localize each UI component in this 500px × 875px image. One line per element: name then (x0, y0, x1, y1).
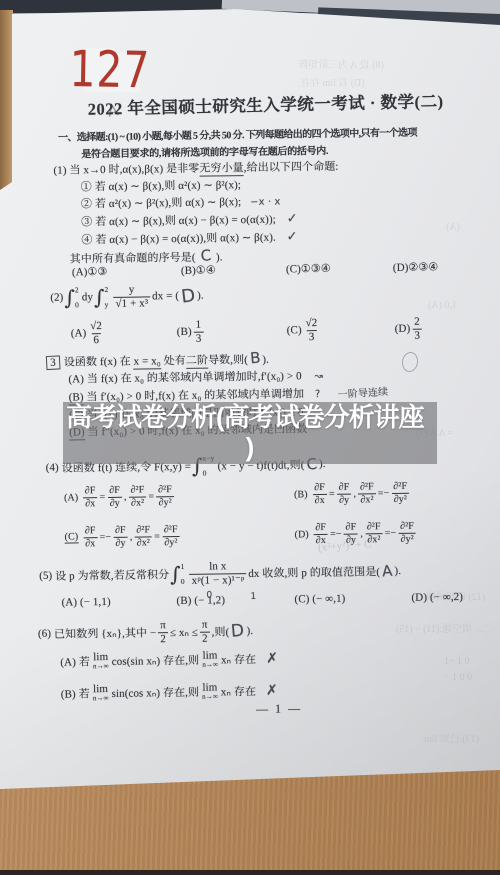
limit: limn→∞ (202, 650, 218, 668)
q2-post: dx = ( (152, 290, 179, 302)
fraction-num: 2 (412, 316, 422, 329)
check-mark: ✓ (287, 211, 298, 226)
fraction: ∂F∂y (107, 485, 122, 509)
q3-option-a-text: (A) 当 f(x) 在 x₀ 的某邻域内单调增加时,f′(x₀) > 0 (68, 370, 301, 385)
q5-stem-a: 设 p 为常数,若反常积分 (55, 566, 169, 584)
fraction-den: 3 (307, 330, 317, 344)
fraction: ∂²F∂x² (358, 481, 376, 505)
equals: = (99, 492, 105, 503)
handwritten-answer-q1: C (200, 246, 212, 265)
q6-option-a: (A) 若 limn→∞ cos(sin xₙ) 存在,则 limn→∞ xₙ … (60, 650, 278, 671)
fraction-num: π (200, 619, 210, 632)
fraction-num: ∂²F (358, 481, 376, 493)
fraction: ∂F∂y (337, 482, 352, 506)
fraction-den: ∂y² (156, 496, 173, 509)
option-label: (B) (294, 489, 308, 500)
sign: − (105, 531, 111, 542)
q1-stem-a: (1) 当 x→0 时,α(x),β(x) 是非零 (53, 163, 199, 177)
fraction: 13 (194, 319, 204, 345)
q5-option-c: (C) (− ∞,1) (294, 593, 345, 606)
handwritten-answer-q3: B (249, 349, 261, 368)
fraction-den: ∂y² (398, 532, 415, 545)
q2-dy: dy (82, 291, 93, 303)
q3-stem-a: 设函数 f(x) 在 (64, 356, 134, 369)
q1-option-d: (D)②③④ (393, 260, 439, 274)
fraction: ∂F∂x (83, 525, 98, 549)
integral-lower: 0 (203, 468, 215, 477)
fraction-den: ∂x² (358, 493, 375, 506)
q1-close-a: 其中所有真命题的序号是( (70, 252, 196, 266)
fraction-den: 2 (158, 632, 168, 646)
option-label: (D) (295, 529, 309, 540)
watermark-text-line1: 高考试卷分析(高考试卷分析讲座 (63, 402, 437, 432)
q1-item2-text: ② 若 α²(x) ∼ β²(x),则 α(x) ∼ β(x); (81, 196, 241, 210)
integral-upper: 2 (75, 286, 79, 295)
equals: = (148, 491, 154, 502)
q4-option-d: (D) ∂F∂x = − ∂F∂y , ∂²F∂x² = − ∂²F∂y² (294, 521, 418, 547)
fraction-den: ∂y (337, 493, 351, 506)
fraction-num: π (158, 619, 168, 632)
integral-sign: ∫ (64, 288, 75, 308)
fraction: ∂²F∂y² (398, 521, 416, 545)
fraction: √26 (88, 320, 104, 346)
fraction-num: ∂²F (156, 484, 174, 496)
comma: , (353, 488, 356, 499)
q4-label: (4) (46, 462, 59, 474)
sign: − (384, 488, 390, 499)
q4-option-b: (B) ∂F∂x = ∂F∂y , ∂²F∂x² = − ∂²F∂y² (294, 481, 411, 507)
q1-option-b: (B)①④ (181, 263, 216, 276)
fraction-den: ∂y (108, 496, 122, 509)
fraction-num: ∂²F (365, 521, 383, 533)
integral: ∫2y (94, 285, 111, 309)
q6-b2: sin(cos xₙ) 存在,则 (111, 684, 199, 701)
q6-a2: cos(sin xₙ) 存在,则 (112, 652, 200, 669)
lim-sub: n→∞ (202, 661, 218, 668)
fraction: ∂²F∂y² (156, 484, 174, 508)
watermark-banner: 高考试卷分析(高考试卷分析讲座 ) (63, 402, 437, 464)
pencil-note: 一阶导连续 (337, 383, 388, 401)
handwritten-page-index: 127 (69, 40, 151, 99)
q2-option-d: (D) 23 (395, 316, 425, 343)
fraction-num: ∂F (83, 485, 98, 497)
fraction-num: ∂F (107, 485, 122, 497)
limit: limn→∞ (93, 684, 109, 702)
q3-stem: 3设函数 f(x) 在 x = x₀ 处有二阶导数,则(B). (46, 349, 269, 370)
integral-lower: y (105, 300, 109, 309)
section-intro-line1: 一、选择题:(1) ~ (10) 小题,每小题 5 分,共 50 分. 下列每题… (58, 124, 417, 144)
integral: ∫10 (170, 562, 187, 586)
cross-mark: ✗ (266, 683, 278, 699)
integral-lower: 0 (181, 577, 185, 586)
q1-item4-text: ④ 若 α(x) − β(x) = o(α(x)),则 α(x) ∼ β(x). (81, 232, 275, 247)
option-label: (D) (395, 323, 411, 335)
fraction-num: ∂F (337, 482, 352, 494)
q1-stem-underlined: 无穷小量 (199, 162, 244, 176)
limit: limn→∞ (93, 652, 109, 670)
comma: , (130, 531, 133, 542)
page-number: — 1 — (256, 701, 302, 717)
q3-stem-c: 导数,则( (208, 354, 248, 367)
fraction-den: 2 (200, 631, 210, 645)
fraction-num: ∂F (312, 482, 327, 494)
q1-close-b: ). (216, 251, 223, 263)
cross-mark: ✗ (266, 651, 278, 667)
fraction-den: 6 (91, 333, 101, 347)
q2-option-c: (C) √23 (287, 317, 322, 344)
handwritten-answer-q6: D (231, 621, 246, 642)
fraction-den: ∂y (344, 533, 358, 546)
option-label: (A) (71, 327, 87, 339)
fraction-num: √2 (304, 317, 320, 330)
equals: = (329, 488, 335, 499)
comma: , (124, 491, 127, 502)
fraction-num: ∂F (313, 522, 328, 534)
fraction-num: ∂²F (398, 521, 416, 533)
option-label: (C) (65, 531, 79, 544)
watermark-text-line2: ) (63, 433, 437, 461)
fraction: ∂F∂x (312, 482, 327, 506)
fraction-den: 3 (194, 331, 204, 345)
q2-label: (2) (50, 292, 63, 304)
fraction: ∂F∂x (313, 522, 328, 546)
fraction-num: 1 (194, 319, 204, 332)
q1-item3-text: ③ 若 α(x) ∼ β(x),则 α(x) − β(x) = o(α(x)); (81, 214, 276, 229)
equals: = (154, 531, 160, 542)
fraction: π2 (158, 619, 168, 645)
fraction-den: ∂x² (135, 536, 152, 549)
q2-close: ). (197, 290, 204, 302)
fraction-den: ∂x (314, 533, 328, 546)
fraction-den: √1 + x³ (113, 296, 150, 310)
fraction-den: 3 (412, 328, 422, 342)
q6-option-b: (B) 若 limn→∞ sin(cos xₙ) 存在,则 limn→∞ xₙ … (61, 682, 278, 703)
fraction: ln xxᵖ(1 − x)¹⁻ᵖ (189, 560, 246, 587)
q6-b3: xₙ 存在 (221, 683, 256, 699)
option-label: (A) (64, 492, 78, 503)
q1-item2: ② 若 α²(x) ∼ β²(x),则 α(x) ∼ β(x); −x · x (81, 193, 281, 212)
q6-b1: (B) 若 (61, 685, 90, 701)
q5-label: (5) (39, 570, 52, 582)
integral-lower: 0 (75, 301, 79, 310)
pencil-boxed-number: 3 (46, 355, 60, 370)
integral: ∫20 (64, 285, 81, 309)
q5-stem: (5) 设 p 为常数,若反常积分 ∫10 ln xxᵖ(1 − x)¹⁻ᵖ d… (39, 558, 401, 589)
q2-option-b: (B) 13 (177, 319, 206, 346)
fraction: 23 (412, 316, 422, 342)
fraction-den: ∂x (313, 493, 327, 506)
q5-stem-b: dx 收敛,则 p 的取值范围是( (248, 563, 380, 581)
fraction-num: ln x (207, 560, 228, 573)
q3-option-a: (A) 当 f(x) 在 x₀ 的某邻域内单调增加时,f′(x₀) > 0 ↝ (68, 367, 323, 387)
fraction-den: ∂y² (392, 492, 409, 505)
q1-item3: ③ 若 α(x) ∼ β(x),则 α(x) − β(x) = o(α(x));… (81, 210, 298, 229)
fraction-den: ∂y (113, 536, 127, 549)
option-label: (C) (287, 324, 302, 336)
fraction: ∂²F∂x² (128, 484, 146, 508)
q6-mid: ≤ xₙ ≤ (170, 625, 198, 638)
fraction-num: ∂²F (134, 524, 152, 536)
fraction: ∂²F∂x² (134, 524, 152, 548)
fraction: y√1 + x³ (113, 283, 150, 310)
fraction-num: ∂²F (391, 481, 409, 493)
q5-option-b: (B) (− 1,2) (176, 594, 225, 607)
fraction-den: ∂x² (129, 496, 146, 509)
handwritten-answer-q2: D (180, 285, 196, 308)
integral-sign: ∫ (94, 287, 105, 307)
fraction-num: ∂F (113, 525, 128, 537)
q2-option-a: (A) √26 (71, 320, 107, 347)
check-mark: ✓ (287, 229, 298, 244)
sign: − (390, 527, 396, 538)
fraction: ∂²F∂y² (391, 481, 409, 505)
q6-a3: xₙ 存在 (221, 651, 256, 667)
q6-close: ). (246, 625, 253, 637)
fraction-num: ∂²F (128, 484, 146, 496)
lim-sub: n→∞ (202, 693, 218, 700)
pencil-singularity-1: 1 (250, 592, 256, 602)
fraction: ∂F∂y (343, 522, 358, 546)
photo-of-exam-paper: { "colors":{"wood":"#b5875a","paper":"#e… (0, 0, 500, 875)
q6-stem: (6) 已知数列 {xₙ},其中 − π2 ≤ xₙ ≤ π2 ,则( D ). (38, 618, 254, 647)
q4-option-c: (C) ∂F∂x = − ∂F∂y , ∂²F∂x² = ∂²F∂y² (64, 524, 181, 550)
pencil-squiggle: ↝ (314, 371, 323, 382)
fraction: ∂²F∂y² (162, 524, 180, 548)
q6-label: (6) (38, 628, 51, 640)
q3-stem-b: 处有 (161, 355, 186, 367)
q2-stem: (2) ∫20 dy ∫2y y√1 + x³ dx = ( D ). (50, 283, 204, 311)
q5-close: ). (394, 565, 401, 577)
limit: limn→∞ (202, 682, 218, 700)
fraction-num: ∂F (343, 522, 358, 534)
q5-option-d: (D) (− ∞,2) (411, 591, 463, 604)
fraction-den: xᵖ(1 − x)¹⁻ᵖ (190, 573, 247, 587)
handwritten-answer-q5: A (381, 562, 393, 581)
pencil-question-mark: ? (315, 389, 321, 400)
fraction: ∂²F∂x² (365, 521, 383, 545)
q6-a1: (A) 若 (60, 653, 90, 669)
lim-sub: n→∞ (93, 695, 109, 702)
fraction-num: ∂F (83, 525, 98, 537)
option-label: (B) (177, 326, 192, 338)
integral-upper: 1 (181, 562, 185, 571)
fraction-num: ∂²F (162, 524, 180, 536)
q4-option-a: (A) ∂F∂x = ∂F∂y , ∂²F∂x² = ∂²F∂y² (64, 484, 176, 510)
fraction-den: ∂x (83, 497, 97, 510)
q6-stem-a: 已知数列 {xₙ},其中 − (54, 624, 157, 641)
q3-close: ). (262, 354, 269, 366)
q1-stem-b: ,给出以下四个命题: (244, 161, 339, 174)
q1-option-c: (C)①③④ (286, 262, 331, 276)
fraction-num: √2 (88, 320, 104, 333)
q1-stem: (1) 当 x→0 时,α(x),β(x) 是非零无穷小量,给出以下四个命题: (53, 158, 338, 178)
fraction: π2 (200, 619, 210, 645)
fraction-den: ∂x² (365, 533, 382, 546)
fraction: √23 (304, 317, 320, 343)
fraction: ∂F∂x (83, 485, 98, 509)
integral-sign: ∫ (170, 564, 181, 584)
fraction-den: ∂y² (162, 535, 179, 548)
comma: , (360, 528, 363, 539)
fraction: ∂F∂y (113, 525, 128, 549)
q1-item2-handwriting: −x · x (250, 197, 281, 208)
q1-option-a: (A)①③ (72, 265, 108, 278)
q3-stem-underline2: 二阶 (186, 355, 208, 369)
q1-item1: ① 若 α(x) ∼ β(x),则 α²(x) ∼ β²(x); (81, 176, 242, 194)
q3-stem-underline1: x = x₀ (134, 355, 161, 369)
fraction-num: y (127, 284, 137, 297)
q1-item4: ④ 若 α(x) − β(x) = o(α(x)),则 α(x) ∼ β(x).… (81, 228, 297, 247)
q5-option-a: (A) (− 1,1) (61, 596, 110, 609)
lim-sub: n→∞ (93, 663, 109, 670)
integral-upper: 2 (104, 285, 108, 294)
q6-stem-b: ,则( (212, 623, 230, 639)
sign: − (336, 528, 342, 539)
fraction-den: ∂x (83, 537, 97, 550)
